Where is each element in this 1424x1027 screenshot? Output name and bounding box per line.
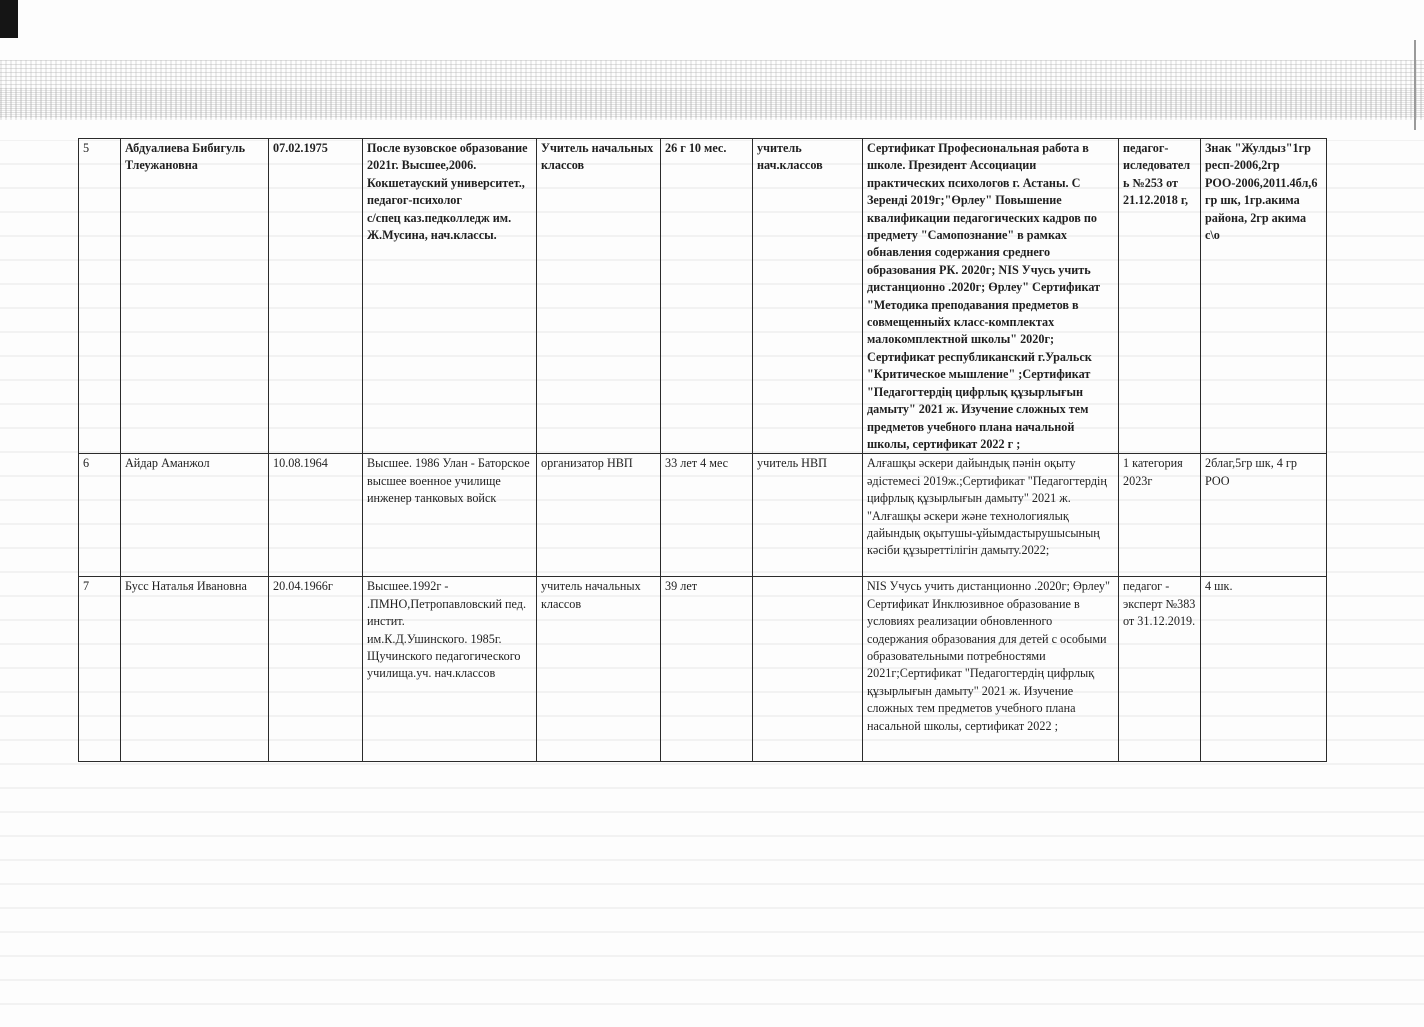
cell-diploma-specialty: учитель нач.классов bbox=[753, 139, 863, 454]
staff-table: 5 Абдуалиева Бибигуль Тлеужановна 07.02.… bbox=[78, 138, 1327, 762]
cell-category: педагог - эксперт №383 от 31.12.2019. bbox=[1119, 577, 1201, 762]
cell-experience: 33 лет 4 мес bbox=[661, 454, 753, 577]
cell-education: Высшее.1992г - .ПМНО,Петропавловский пед… bbox=[363, 577, 537, 762]
cell-position: организатор НВП bbox=[537, 454, 661, 577]
cell-courses: NIS Учусь учить дистанционно .2020г; Өрл… bbox=[863, 577, 1119, 762]
cell-awards: 4 шк. bbox=[1201, 577, 1327, 762]
cell-birth-date: 10.08.1964 bbox=[269, 454, 363, 577]
scan-noise-band bbox=[0, 88, 1424, 118]
table-row: 5 Абдуалиева Бибигуль Тлеужановна 07.02.… bbox=[79, 139, 1327, 454]
cell-education: После вузовское образование 2021г. Высше… bbox=[363, 139, 537, 454]
cell-education: Высшее. 1986 Улан - Баторское высшее вое… bbox=[363, 454, 537, 577]
cell-full-name: Бусс Наталья Ивановна bbox=[121, 577, 269, 762]
cell-experience: 39 лет bbox=[661, 577, 753, 762]
cell-position: учитель начальных классов bbox=[537, 577, 661, 762]
cell-category: педагог-иследовател ь №253 от 21.12.2018… bbox=[1119, 139, 1201, 454]
cell-awards: Знак "Жулдыз"1гр респ-2006,2гр РОО-2006,… bbox=[1201, 139, 1327, 454]
cell-courses: Алғашқы әскери дайындық пәнін оқыту әдіс… bbox=[863, 454, 1119, 577]
cell-category: 1 категория 2023г bbox=[1119, 454, 1201, 577]
cell-birth-date: 07.02.1975 bbox=[269, 139, 363, 454]
scan-corner-mark bbox=[0, 0, 18, 38]
cell-number: 5 bbox=[79, 139, 121, 454]
cell-courses: Сертификат Професиональная работа в школ… bbox=[863, 139, 1119, 454]
cell-birth-date: 20.04.1966г bbox=[269, 577, 363, 762]
cell-number: 7 bbox=[79, 577, 121, 762]
table-row: 7 Бусс Наталья Ивановна 20.04.1966г Высш… bbox=[79, 577, 1327, 762]
cell-full-name: Айдар Аманжол bbox=[121, 454, 269, 577]
cell-full-name: Абдуалиева Бибигуль Тлеужановна bbox=[121, 139, 269, 454]
cell-diploma-specialty bbox=[753, 577, 863, 762]
cell-number: 6 bbox=[79, 454, 121, 577]
scan-edge-mark bbox=[1414, 40, 1416, 130]
table-row: 6 Айдар Аманжол 10.08.1964 Высшее. 1986 … bbox=[79, 454, 1327, 577]
cell-diploma-specialty: учитель НВП bbox=[753, 454, 863, 577]
cell-awards: 2благ,5гр шк, 4 гр РОО bbox=[1201, 454, 1327, 577]
cell-position: Учитель начальных классов bbox=[537, 139, 661, 454]
cell-experience: 26 г 10 мес. bbox=[661, 139, 753, 454]
